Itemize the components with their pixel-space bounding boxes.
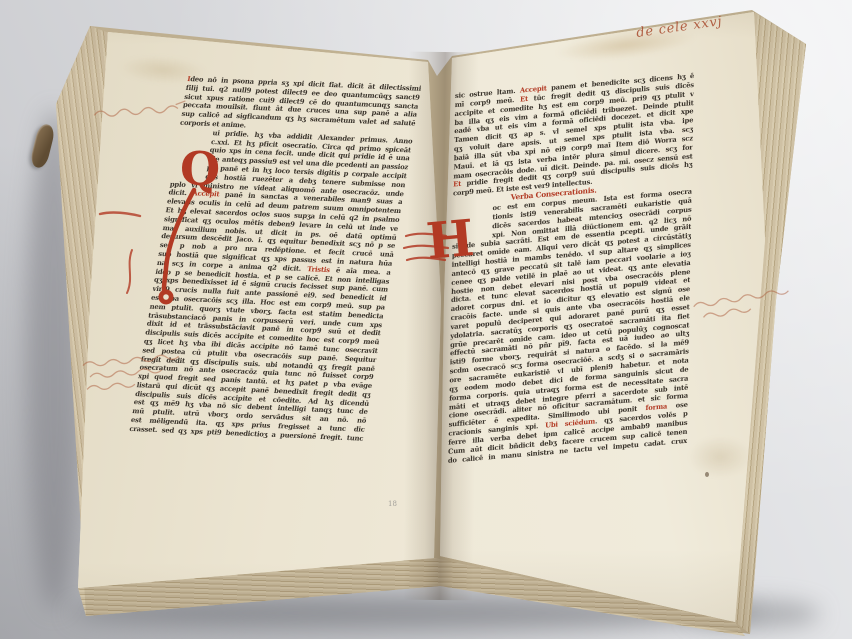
right-page-text: sic ostrue ltam. Accepit panem et benedi… xyxy=(448,72,694,465)
ink-speck xyxy=(705,472,709,477)
photo-background: de cele xxvj Ideo nō in psona ppria sʒ x… xyxy=(0,0,852,639)
folio-mark: 18 xyxy=(388,500,397,508)
initial-h-flourish xyxy=(404,228,450,278)
parchment-stain xyxy=(688,436,752,478)
initial-q-flourish xyxy=(98,150,228,310)
